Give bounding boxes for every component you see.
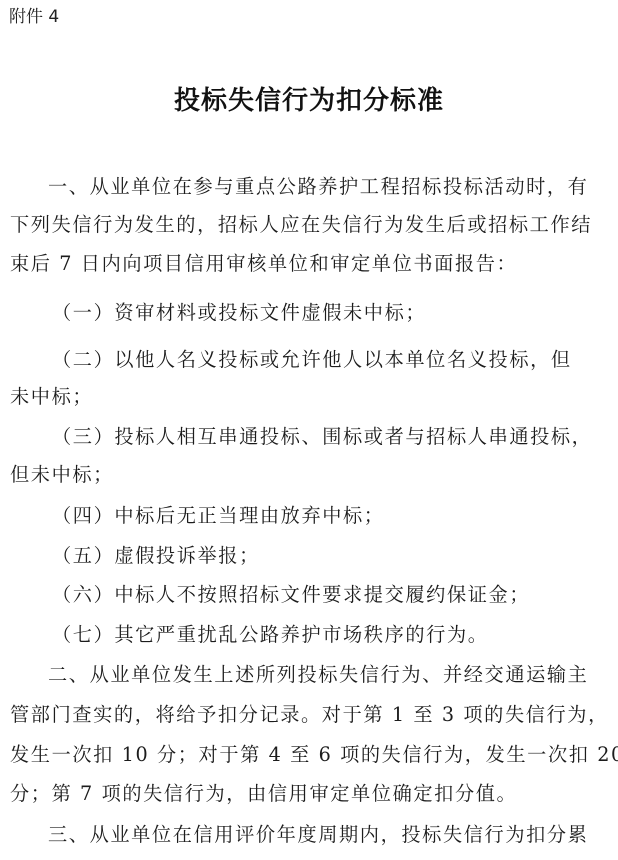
attachment-label: 附件 4 — [9, 2, 59, 27]
paragraph-line: （六）中标人不按照招标文件要求提交履约保证金； — [52, 580, 618, 607]
paragraph-line: 三、从业单位在信用评价年度周期内，投标失信行为扣分累 — [48, 820, 618, 847]
paragraph-line: 一、从业单位在参与重点公路养护工程招标投标活动时，有 — [48, 172, 618, 199]
paragraph-line: 二、从业单位发生上述所列投标失信行为、并经交通运输主 — [48, 660, 618, 687]
paragraph-line: 束后 7 日内向项目信用审核单位和审定单位书面报告： — [10, 249, 610, 276]
paragraph-line: （四）中标后无正当理由放弃中标； — [52, 501, 618, 528]
document-title: 投标失信行为扣分标准 — [0, 80, 618, 117]
paragraph-line: （三）投标人相互串通投标、围标或者与招标人串通投标， — [52, 422, 618, 449]
paragraph-line: 分；第 7 项的失信行为，由信用审定单位确定扣分值。 — [10, 779, 610, 806]
paragraph-line: 发生一次扣 10 分；对于第 4 至 6 项的失信行为，发生一次扣 20 — [10, 740, 610, 767]
paragraph-line: （一）资审材料或投标文件虚假未中标； — [52, 298, 618, 325]
paragraph-line: （二）以他人名义投标或允许他人以本单位名义投标，但 — [52, 345, 618, 372]
paragraph-line: （七）其它严重扰乱公路养护市场秩序的行为。 — [52, 620, 618, 647]
paragraph-line: 管部门查实的，将给予扣分记录。对于第 1 至 3 项的失信行为， — [10, 700, 610, 727]
paragraph-line: （五）虚假投诉举报； — [52, 541, 618, 568]
paragraph-line: 未中标； — [10, 382, 610, 409]
paragraph-line: 下列失信行为发生的，招标人应在失信行为发生后或招标工作结 — [10, 210, 610, 237]
paragraph-line: 但未中标； — [10, 460, 610, 487]
